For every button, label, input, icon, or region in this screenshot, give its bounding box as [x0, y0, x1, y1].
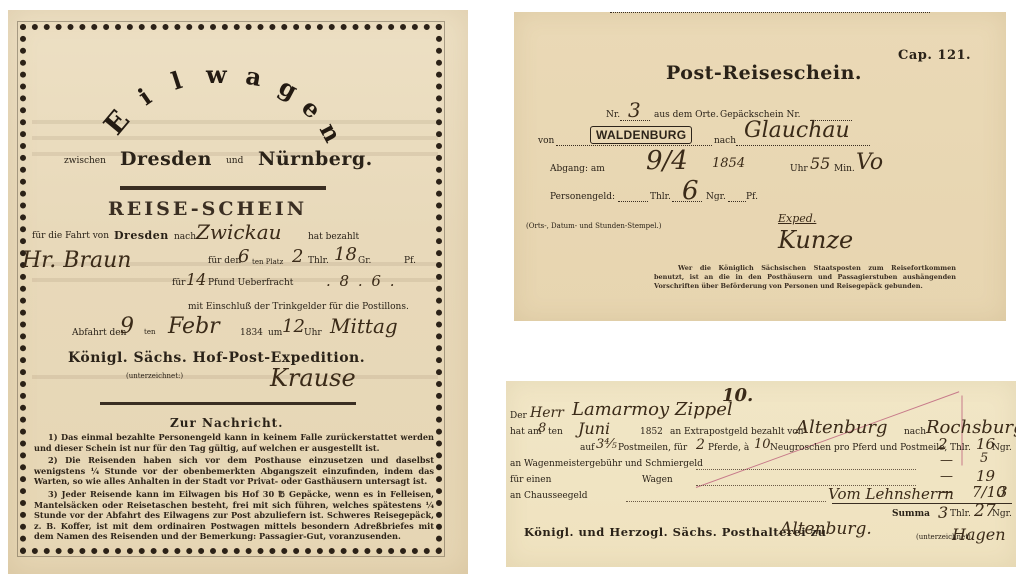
route-to: Nürnberg. — [258, 148, 373, 170]
row3-thlr: — — [940, 469, 953, 484]
miles-handwritten: 3⅘ — [596, 437, 617, 452]
departure-year: 1834 — [240, 328, 263, 338]
leader-dots — [626, 501, 826, 502]
arc-letter: w — [206, 60, 227, 89]
from-handwritten: Altenburg — [796, 417, 887, 438]
journey-nach: nach — [174, 232, 196, 242]
extrapost-receipt-document: 10. Der Herr Lamarmoy Zippel hat am 8 te… — [506, 381, 1016, 567]
seat-number-handwritten: 6 — [238, 246, 249, 267]
gr-label: Gr. — [358, 256, 371, 266]
min-handwritten: Vo — [856, 150, 883, 175]
nach-label: nach — [714, 136, 736, 146]
seat-suffix: ten Platz — [252, 258, 283, 266]
summa-thlr: 3 — [938, 503, 948, 522]
row2-ngr: 5 — [980, 451, 988, 466]
min-label: Min. — [834, 164, 855, 174]
summa-thlr-label: Thlr. — [950, 509, 971, 519]
name-handwritten: Lamarmoy Zippel — [572, 399, 733, 420]
ngr-dots — [728, 201, 746, 202]
pf-label: Pf. — [746, 192, 758, 202]
freight-weight-handwritten: 14 — [186, 270, 206, 289]
abgang-date-handwritten: 9/4 — [646, 146, 688, 176]
nach-dots — [736, 145, 870, 146]
nach-handwritten: Glauchau — [744, 118, 850, 143]
thlr-label: Thlr. — [650, 192, 671, 202]
journey-from: Dresden — [114, 229, 169, 242]
summa-ngr-label: Ngr. — [992, 509, 1012, 519]
seat-label: für den — [208, 256, 241, 266]
divider-rule — [100, 402, 356, 405]
departure-uhr: Uhr — [304, 328, 322, 338]
row2-thlr: — — [940, 453, 953, 468]
notice-item: 1) Das einmal bezahlte Personengeld kann… — [34, 432, 434, 453]
fare-handwritten: 6 — [682, 176, 699, 206]
route-from: Dresden — [120, 148, 212, 170]
regulations-footer: Wer die Königlich Sächsischen Staatspost… — [654, 264, 956, 291]
abgang-year-handwritten: 1854 — [712, 156, 745, 171]
pf-label: Pf. — [404, 256, 416, 266]
horses-handwritten: 2 — [696, 437, 705, 453]
chaussee-label: an Chausseegeld — [510, 491, 587, 501]
ten-label: ten — [548, 427, 563, 437]
thlr-label: Thlr. — [308, 256, 329, 266]
office-place-handwritten: Altenburg. — [780, 519, 872, 539]
von-dots — [556, 145, 712, 146]
seat-gr-handwritten: 18 — [334, 244, 357, 265]
wagen-label: Wagen — [642, 475, 673, 485]
freight-label: Pfund Ueberfracht — [208, 278, 293, 288]
seat-thlr-handwritten: 2 — [292, 246, 303, 267]
abgang-label: Abgang: am — [550, 164, 605, 174]
wagenmeister-label: an Wagenmeistergebühr und Schmiergeld — [510, 459, 703, 469]
row4-pf: 3 — [998, 483, 1008, 501]
route-prefix: zwischen — [64, 156, 106, 166]
thlr-col-label: Thlr. — [950, 443, 971, 453]
divider-rule — [120, 186, 326, 190]
stamp-note: (Orts-, Datum- und Stunden-Stempel.) — [526, 222, 661, 230]
fare-dots — [618, 201, 648, 202]
nr-label: Nr. — [606, 110, 620, 120]
post-reiseschein-document: Cap. 121. Post-Reiseschein. Nr. 3 aus de… — [514, 12, 1006, 321]
notice-heading: Zur Nachricht. — [170, 416, 283, 430]
uhr-handwritten: 55 — [810, 154, 830, 173]
reiseschein-heading: REISE-SCHEIN — [108, 198, 307, 220]
signed-label: (unterzeichnet:) — [126, 372, 183, 380]
departure-extra-handwritten: Mittag — [330, 314, 398, 338]
notice-item: 3) Jeder Reisende kann im Eilwagen bis H… — [34, 489, 434, 542]
miles-label: Postmeilen, für — [618, 443, 687, 453]
herr-handwritten: Herr — [530, 405, 564, 421]
post-reiseschein-title: Post-Reiseschein. — [666, 62, 862, 84]
departure-day-handwritten: 9 — [120, 314, 134, 339]
signature-handwritten: Kunze — [778, 226, 853, 254]
departure-um: um — [268, 328, 282, 338]
eilwagen-reiseschein-document: E i l w a g e n zwischen Dresden und Nür… — [8, 10, 468, 574]
horses-label: Pferde, à — [708, 443, 749, 453]
extrapost-label: an Extrapostgeld bezahlt von — [670, 427, 804, 437]
day-handwritten: 8 — [538, 421, 546, 436]
chaussee-note-handwritten: Vom Lehnsherrn — [828, 485, 954, 503]
departure-hour-handwritten: 12 — [282, 316, 305, 337]
nr-handwritten: 3 — [628, 98, 641, 122]
row1-thlr: 2 — [938, 435, 948, 453]
von-label: von — [538, 136, 554, 146]
waldenburg-stamp: WALDENBURG — [590, 126, 692, 144]
freight-amount-handwritten: . 8 . 6 . — [326, 272, 396, 290]
journey-label: für die Fahrt von — [32, 231, 109, 241]
rate-label: Neugroschen pro Pferd und Postmeile, — [770, 443, 947, 453]
ngr-label: Ngr. — [706, 192, 726, 202]
signature-handwritten: Krause — [270, 364, 356, 392]
signature-handwritten: Hagen — [952, 525, 1006, 544]
auf-label: auf — [580, 443, 595, 453]
passenger-handwritten: Hr. Braun — [22, 248, 131, 273]
der-label: Der — [510, 411, 527, 421]
paid-label: hat bezahlt — [308, 232, 359, 242]
notice-list: 1) Das einmal bezahlte Personengeld kann… — [34, 432, 434, 542]
fuer-einen-label: für einen — [510, 475, 551, 485]
fare-label: Personengeld: — [550, 192, 615, 202]
destination-handwritten: Zwickau — [196, 220, 282, 244]
rate-handwritten: 10 — [754, 437, 771, 452]
nach-label: nach — [904, 427, 926, 437]
from-place-label: aus dem Orte. — [654, 110, 719, 120]
hat-am-label: hat am — [510, 427, 542, 437]
departure-label: Abfahrt den — [72, 328, 126, 338]
route-and: und — [226, 156, 243, 166]
year: 1852 — [640, 427, 663, 437]
row4-thlr: — — [940, 485, 953, 500]
ngr-col-label: Ngr. — [992, 443, 1012, 453]
freight-label-pre: für — [172, 278, 185, 288]
month-handwritten: Juni — [578, 419, 610, 438]
expedition-handwritten: Exped. — [778, 212, 816, 225]
notice-item: 2) Die Reisenden haben sich vor dem Post… — [34, 455, 434, 487]
tips-line: mit Einschluß der Trinkgelder für die Po… — [188, 302, 409, 312]
leader-dots — [696, 469, 916, 470]
abgang-dots — [610, 12, 930, 13]
uhr-label: Uhr — [790, 164, 808, 174]
departure-ten: ten — [144, 328, 155, 336]
cap-number: Cap. 121. — [898, 48, 971, 63]
departure-month-handwritten: Febr — [168, 314, 220, 339]
summa-label: Summa — [892, 509, 930, 519]
